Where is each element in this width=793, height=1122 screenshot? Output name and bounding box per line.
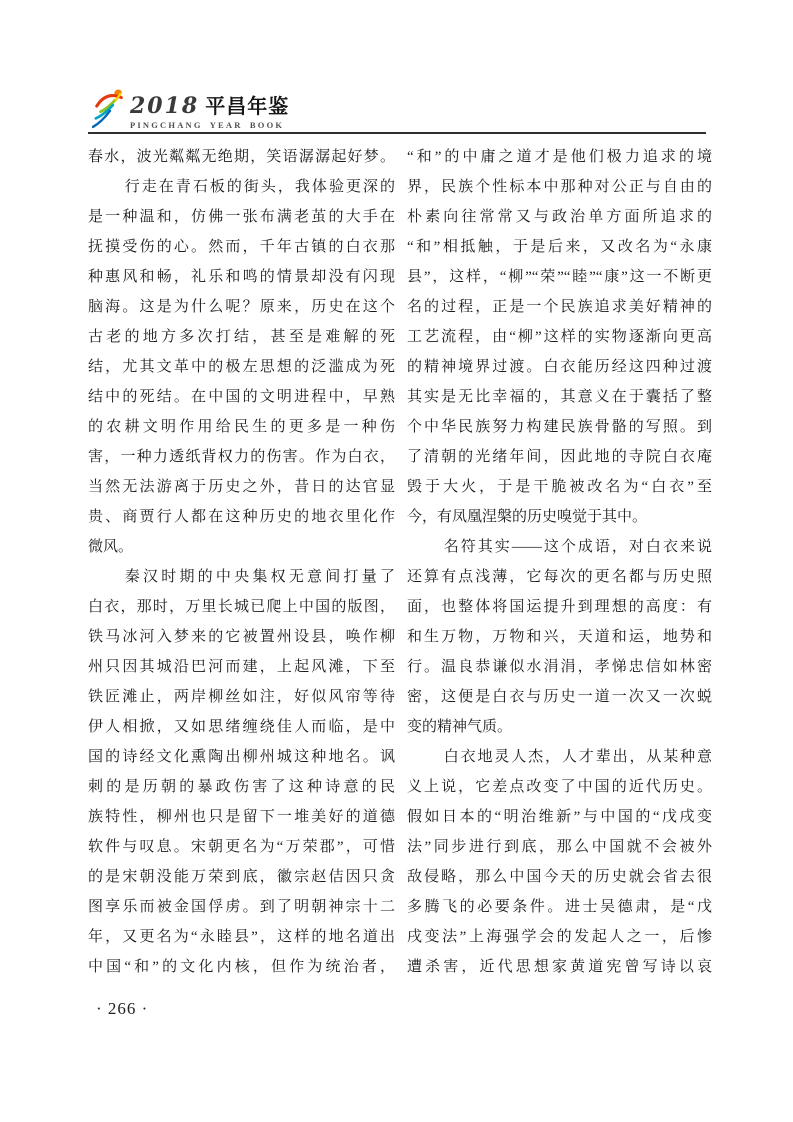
text-line: 的农耕文明作用给民生的更多是一种伤: [88, 412, 395, 442]
text-line: 当然无法游离于历史之外，昔日的达官显: [88, 472, 395, 502]
text-line: 春水，波光粼粼无绝期，笑语潺潺起好梦。: [88, 142, 395, 172]
text-line: 密，这便是白衣与历史一道一次又一次蜕: [407, 682, 712, 712]
text-line: “和”的中庸之道才是他们极力追求的境: [407, 142, 712, 172]
text-line: 行。温良恭谦似水涓涓，孝悌忠信如林密: [407, 652, 712, 682]
yearbook-logo-icon: [92, 86, 128, 130]
text-line: 县”，这样，“柳”“荣”“睦”“康”这一不断更: [407, 262, 712, 292]
text-line: 毁于大火，于是干脆被改名为“白衣”至: [407, 472, 712, 502]
text-line: 微风。: [88, 532, 395, 562]
text-line: 伊人相掀，又如思绪缠绕佳人而临，是中: [88, 712, 395, 742]
text-line: 害，一种力透纸背权力的伤害。作为白衣，: [88, 442, 395, 472]
text-line: 图享乐而被金国俘虏。到了明朝神宗十二: [88, 892, 395, 922]
text-line: 戌变法”上海强学会的发起人之一，后惨: [407, 922, 712, 952]
logo-year-text: 2018: [130, 93, 199, 119]
text-line: 结中的死结。在中国的文明进程中，早熟: [88, 382, 395, 412]
text-line: 族特性，柳州也只是留下一堆美好的道德: [88, 802, 395, 832]
text-line: 义上说，它差点改变了中国的近代历史。: [407, 772, 712, 802]
text-line: 秦汉时期的中央集权无意间打量了: [88, 562, 395, 592]
text-line: 今，有凤凰涅槃的历史嗅觉于其中。: [407, 502, 712, 532]
text-line: 铁匠滩止，两岸柳丝如注，好似风帘等待: [88, 682, 395, 712]
text-line: 年，又更名为“永睦县”，这样的地名道出: [88, 922, 395, 952]
text-line: 遭杀害，近代思想家黄道宪曾写诗以哀: [407, 952, 712, 982]
header-rule: [88, 132, 706, 134]
text-line: 白衣，那时，万里长城已爬上中国的版图，: [88, 592, 395, 622]
text-line: 朴素向往常常又与政治单方面所追求的: [407, 202, 712, 232]
text-line: 的精神境界过渡。白衣能历经这四种过渡: [407, 352, 712, 382]
text-line: 和生万物，万物和兴，天道和运，地势和: [407, 622, 712, 652]
text-line: 行走在青石板的街头，我体验更深的: [88, 172, 395, 202]
text-line: 种惠风和畅，礼乐和鸣的情景却没有闪现: [88, 262, 395, 292]
text-line: 假如日本的“明治维新”与中国的“戊戌变: [407, 802, 712, 832]
text-line: 贵、商贾行人都在这种历史的地衣里化作: [88, 502, 395, 532]
text-line: 脑海。这是为什么呢？原来，历史在这个: [88, 292, 395, 322]
text-line: 其实是无比幸福的，其意义在于囊括了整: [407, 382, 712, 412]
text-line: 敌侵略，那么中国今天的历史就会省去很: [407, 862, 712, 892]
logo-title-cn: 平昌年鉴: [205, 90, 289, 119]
text-column-left: 春水，波光粼粼无绝期，笑语潺潺起好梦。行走在青石板的街头，我体验更深的是一种温和…: [88, 142, 395, 982]
text-line: 面，也整体将国运提升到理想的高度：有: [407, 592, 712, 622]
yearbook-page: 2018 平昌年鉴 PINGCHANG YEAR BOOK 春水，波光粼粼无绝期…: [0, 0, 793, 1122]
text-line: 古老的地方多次打结，甚至是难解的死: [88, 322, 395, 352]
text-line: 白衣地灵人杰，人才辈出，从某种意: [407, 742, 712, 772]
text-line: 法”同步进行到底，那么中国就不会被外: [407, 832, 712, 862]
text-line: 了清朝的光绪年间，因此地的寺院白衣庵: [407, 442, 712, 472]
text-line: “和”相抵触，于是后来，又改名为“永康: [407, 232, 712, 262]
text-line: 中国“和”的文化内核，但作为统治者，: [88, 952, 395, 982]
text-line: 工艺流程，由“柳”这样的实物逐渐向更高: [407, 322, 712, 352]
text-line: 多腾飞的必要条件。进士吴德肃，是“戊: [407, 892, 712, 922]
text-line: 还算有点浅薄，它每次的更名都与历史照: [407, 562, 712, 592]
text-line: 抚摸受伤的心。然而，千年古镇的白衣那: [88, 232, 395, 262]
text-line: 变的精神气质。: [407, 712, 712, 742]
text-column-right: “和”的中庸之道才是他们极力追求的境界，民族个性标本中那种对公正与自由的朴素向往…: [407, 142, 712, 982]
page-number: · 266 ·: [96, 999, 148, 1019]
text-line: 名的过程，正是一个民族追求美好精神的: [407, 292, 712, 322]
text-line: 刺的是历朝的暴政伤害了这种诗意的民: [88, 772, 395, 802]
text-line: 国的诗经文化熏陶出柳州城这种地名。讽: [88, 742, 395, 772]
text-line: 是一种温和，仿佛一张布满老茧的大手在: [88, 202, 395, 232]
text-line: 州只因其城沿巴河而建，上起风滩，下至: [88, 652, 395, 682]
text-line: 个中华民族努力构建民族骨骼的写照。到: [407, 412, 712, 442]
text-line: 软件与叹息。宋朝更名为“万荣郡”，可惜: [88, 832, 395, 862]
header-logo-text: 2018 平昌年鉴 PINGCHANG YEAR BOOK: [130, 90, 289, 130]
text-line: 的是宋朝没能万荣到底，徽宗赵佶因只贪: [88, 862, 395, 892]
text-line: 界，民族个性标本中那种对公正与自由的: [407, 172, 712, 202]
text-line: 结，尤其文革中的极左思想的泛滥成为死: [88, 352, 395, 382]
text-line: 名符其实——这个成语，对白衣来说: [407, 532, 712, 562]
text-line: 铁马冰河入梦来的它被置州设县，唤作柳: [88, 622, 395, 652]
logo-title-en: PINGCHANG YEAR BOOK: [130, 120, 289, 130]
